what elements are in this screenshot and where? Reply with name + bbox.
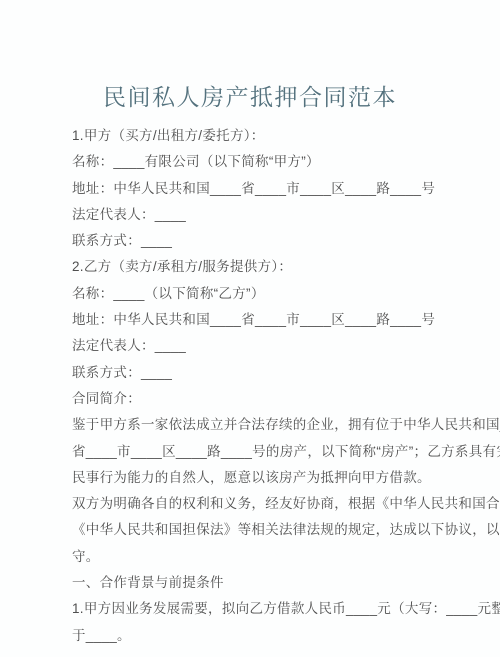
contract-line: 合同简介： [72, 386, 444, 412]
contract-page: 民间私人房产抵押合同范本 1.甲方（买方/出租方/委托方）：名称：____有限公… [0, 0, 500, 657]
contract-line: 名称：____（以下简称“乙方”） [72, 281, 444, 307]
contract-line: 名称：____有限公司（以下简称“甲方”） [72, 149, 444, 175]
contract-line: 省____市____区____路____号的房产，以下简称“房产”；乙方系具有完… [72, 439, 444, 465]
contract-line: 民事行为能力的自然人，愿意以该房产为抵押向甲方借款。 [72, 465, 444, 491]
contract-line: 法定代表人：____ [72, 202, 444, 228]
contract-line: 鉴于甲方系一家依法成立并合法存续的企业，拥有位于中华人民共和国____ [72, 412, 444, 438]
contract-line: 2.乙方（卖方/承租方/服务提供方）： [72, 254, 444, 280]
contract-line: 1.甲方（买方/出租方/委托方）： [72, 123, 444, 149]
document-title: 民间私人房产抵押合同范本 [30, 84, 470, 110]
contract-line: 地址：中华人民共和国____省____市____区____路____号 [72, 307, 444, 333]
contract-line: 守。 [72, 544, 444, 570]
contract-line: 联系方式：____ [72, 360, 444, 386]
contract-line: 法定代表人：____ [72, 333, 444, 359]
contract-line: 1.甲方因业务发展需要，拟向乙方借款人民币____元（大写：____元整），用 [72, 596, 444, 622]
contract-line: 双方为明确各自的权利和义务，经友好协商，根据《中华人民共和国合同法》、 [72, 491, 444, 517]
contract-line: 地址：中华人民共和国____省____市____区____路____号 [72, 176, 444, 202]
contract-line: 联系方式：____ [72, 228, 444, 254]
document-body: 1.甲方（买方/出租方/委托方）：名称：____有限公司（以下简称“甲方”）地址… [72, 123, 444, 649]
contract-line: 《中华人民共和国担保法》等相关法律法规的规定，达成以下协议，以共同遵 [72, 517, 444, 543]
contract-line: 于____。 [72, 623, 444, 649]
contract-line: 一、合作背景与前提条件 [72, 570, 444, 596]
